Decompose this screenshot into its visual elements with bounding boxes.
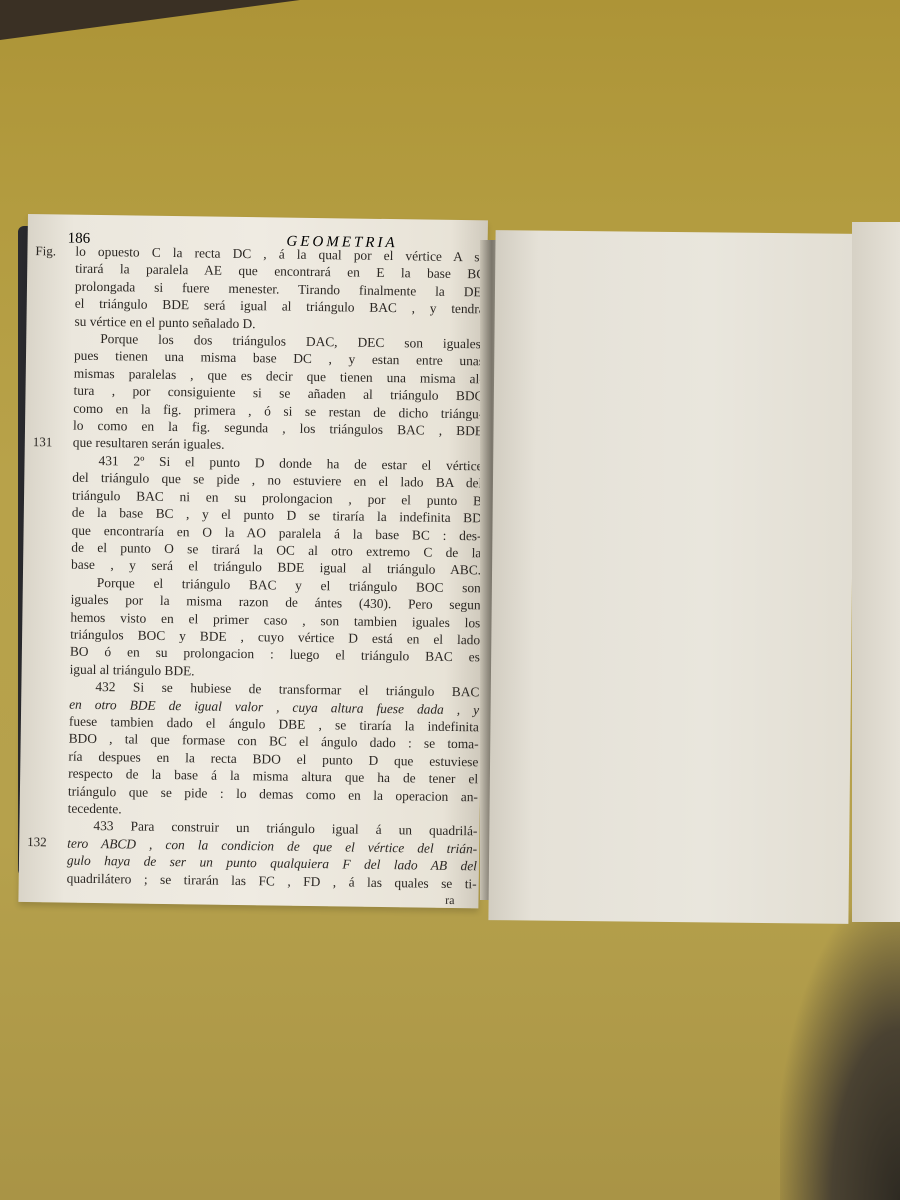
right-page-edge [852, 222, 900, 922]
page-text: Fig. 131 132 lo opuesto C la recta DC , … [67, 243, 486, 893]
margin-figure-131: 131 [33, 433, 53, 451]
left-page: 186 GEOMETRIA Fig. 131 132 lo opuesto C … [18, 214, 488, 908]
margin-label: Fig. [35, 242, 56, 260]
margin-figure-132: 132 [27, 833, 47, 851]
right-page [488, 230, 855, 924]
cloth-shadow [0, 0, 300, 40]
hand-shadow [780, 900, 900, 1200]
catchword: ra [445, 892, 455, 910]
